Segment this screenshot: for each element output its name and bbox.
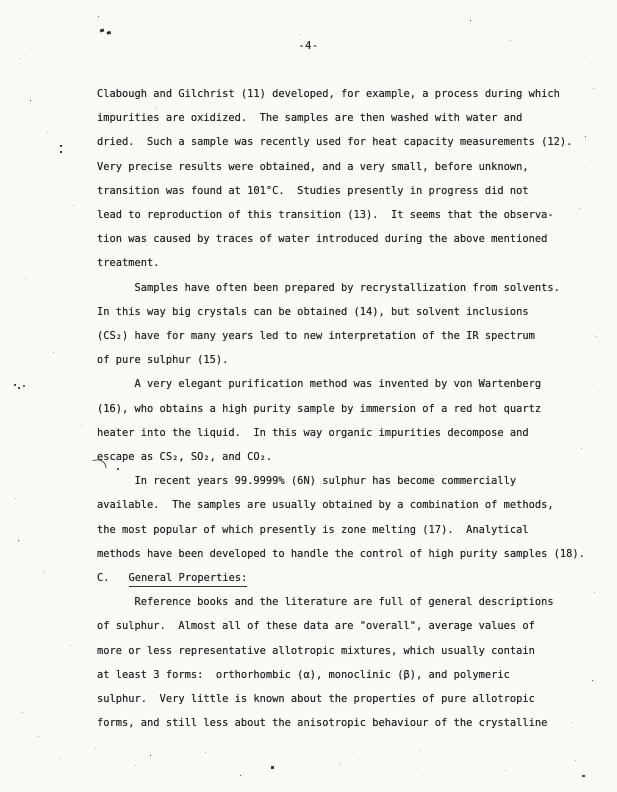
document-page: -4- Clabough and Gilchrist (11) develope… [0, 0, 617, 792]
body-text: Clabough and Gilchrist (11) developed, f… [97, 82, 602, 735]
ink-smudge [100, 29, 105, 33]
text-line: dried. Such a sample was recently used f… [97, 130, 602, 154]
margin-colon-mark [60, 145, 62, 147]
text-line: of sulphur. Almost all of these data are… [97, 614, 602, 638]
scan-noise-light [0, 0, 1, 1]
text-line: Clabough and Gilchrist (11) developed, f… [97, 82, 602, 106]
text-line: tion was caused by traces of water intro… [97, 227, 602, 251]
text-line: forms, and still less about the anisotro… [97, 711, 602, 735]
stray-dot-cluster [14, 384, 16, 386]
text-line: Samples have often been prepared by recr… [97, 276, 602, 300]
page-number: -4- [0, 40, 617, 52]
text-line: available. The samples are usually obtai… [97, 493, 602, 517]
text-line: In recent years 99.9999% (6N) sulphur ha… [97, 469, 602, 493]
scan-noise-dark [0, 0, 1, 1]
stray-dot [582, 775, 585, 777]
section-label: C. [97, 572, 110, 584]
text-line: escape as CS₂, SO₂, and CO₂. [97, 445, 602, 469]
text-line: methods have been developed to handle th… [97, 542, 602, 566]
scan-noise-mid [0, 0, 1, 1]
text-line: (CS₂) have for many years led to new int… [97, 324, 602, 348]
text-line: impurities are oxidized. The samples are… [97, 106, 602, 130]
text-line: lead to reproduction of this transition … [97, 203, 602, 227]
stray-dot [271, 766, 274, 769]
text-line: In this way big crystals can be obtained… [97, 300, 602, 324]
text-line: the most popular of which presently is z… [97, 518, 602, 542]
text-line: Very precise results were obtained, and … [97, 155, 602, 179]
text-line: more or less representative allotropic m… [97, 639, 602, 663]
text-line: Reference books and the literature are f… [97, 590, 602, 614]
section-heading: C.General Properties: [97, 566, 602, 590]
text-line: at least 3 forms: orthorhombic (α), mono… [97, 663, 602, 687]
section-title: General Properties: [129, 572, 248, 587]
text-line: sulphur. Very little is known about the … [97, 687, 602, 711]
text-line: treatment. [97, 251, 602, 275]
text-line: heater into the liquid. In this way orga… [97, 421, 602, 445]
text-line: A very elegant purification method was i… [97, 372, 602, 396]
text-line: transition was found at 101°C. Studies p… [97, 179, 602, 203]
text-line: of pure sulphur (15). [97, 348, 602, 372]
text-line: (16), who obtains a high purity sample b… [97, 397, 602, 421]
